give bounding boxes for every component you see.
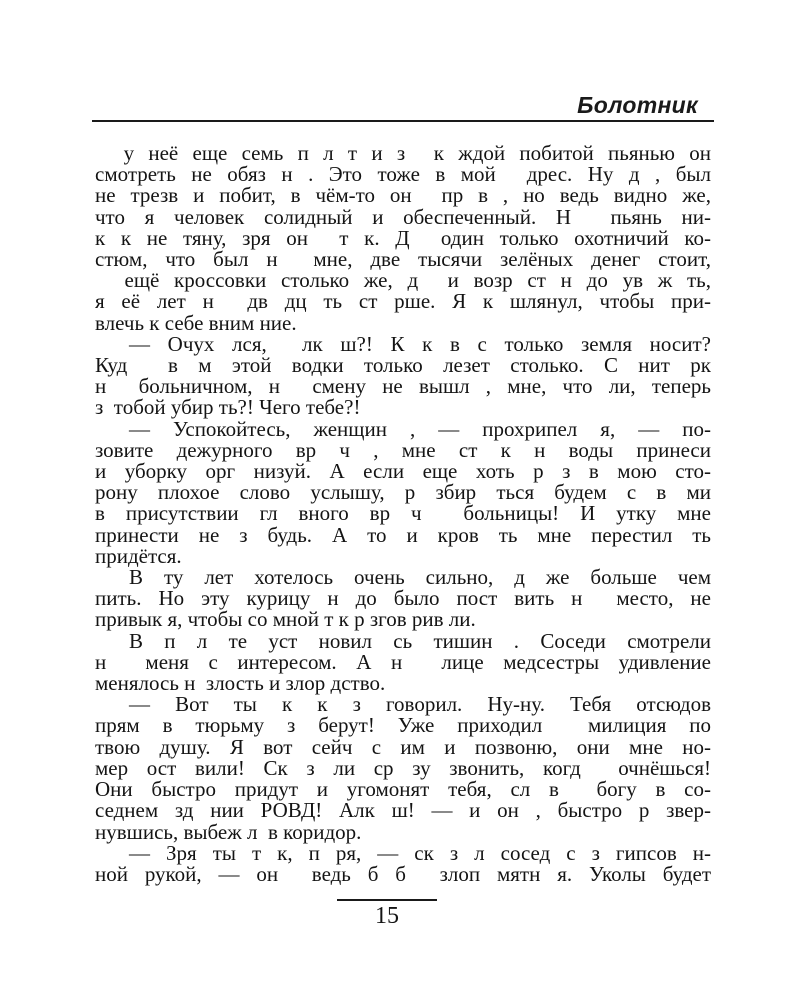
text-line: — Очух лся, лк ш?! К к в с только земля … [95, 334, 711, 355]
text-line: Куд в м этой водки только лезет столько.… [95, 355, 711, 376]
text-line: н больничном, н смену не вышл , мне, что… [95, 376, 711, 397]
text-line: з тобой убир ть?! Чего тебе?! [95, 397, 711, 418]
book-page: Болотник у неё еще семь п л т и з к ждой… [0, 0, 800, 1000]
page-number: 15 [337, 903, 437, 930]
text-line: зовите дежурного вр ч , мне ст к н воды … [95, 440, 711, 461]
page-text: у неё еще семь п л т и з к ждой побитой … [95, 143, 711, 885]
text-line: ной рукой, — он ведь б б злоп мятн я. Ук… [95, 864, 711, 885]
text-line: н меня с интересом. А н лице медсестры у… [95, 652, 711, 673]
text-line: В п л те уст новил сь тишин . Соседи смо… [95, 631, 711, 652]
text-line: что я человек солидный и обеспеченный. Н… [95, 207, 711, 228]
text-line: смотреть не обяз н . Это тоже в мой дрес… [95, 164, 711, 185]
text-line: и уборку орг низуй. А если еще хоть р з … [95, 461, 711, 482]
text-line: прям в тюрьму з берут! Уже приходил мили… [95, 715, 711, 736]
text-line: — Успокойтесь, женщин , — прохрипел я, —… [95, 419, 711, 440]
text-line: привык я, чтобы со мной т к р згов рив л… [95, 609, 711, 630]
text-line: нувшись, выбеж л в коридор. [95, 822, 711, 843]
text-line: стюм, что был н мне, две тысячи зелёных … [95, 249, 711, 270]
text-line: придётся. [95, 546, 711, 567]
text-line: твою душу. Я вот сейч с им и позвоню, он… [95, 737, 711, 758]
running-head-title: Болотник [92, 92, 698, 119]
footer-rule [337, 899, 437, 901]
text-line: я её лет н дв дц ть ст рше. Я к шлянул, … [95, 291, 711, 312]
text-line: в присутствии гл вного вр ч больницы! И … [95, 503, 711, 524]
text-line: — Зря ты т к, п ря, — ск з л сосед с з г… [95, 843, 711, 864]
text-line: — Вот ты к к з говорил. Ну-ну. Тебя отсю… [95, 694, 711, 715]
text-line: мер ост вили! Ск з ли ср зу звонить, ког… [95, 758, 711, 779]
header-rule [92, 120, 714, 122]
text-line: принести не з будь. А то и кров ть мне п… [95, 525, 711, 546]
text-line: ещё кроссовки столько же, д и возр ст н … [95, 270, 711, 291]
text-line: седнем зд нии РОВД! Алк ш! — и он , быст… [95, 800, 711, 821]
text-line: не трезв и побит, в чём-то он пр в , но … [95, 185, 711, 206]
text-line: менялось н злость и злор дство. [95, 673, 711, 694]
text-line: у неё еще семь п л т и з к ждой побитой … [95, 143, 711, 164]
text-line: влечь к себе вним ние. [95, 313, 711, 334]
text-line: рону плохое слово услышу, р збир ться бу… [95, 482, 711, 503]
text-line: Они быстро придут и угомонят тебя, сл в … [95, 779, 711, 800]
text-line: пить. Но эту курицу н до было пост вить … [95, 588, 711, 609]
text-line: к к не тяну, зря он т к. Д один только о… [95, 228, 711, 249]
text-line: В ту лет хотелось очень сильно, д же бол… [95, 567, 711, 588]
